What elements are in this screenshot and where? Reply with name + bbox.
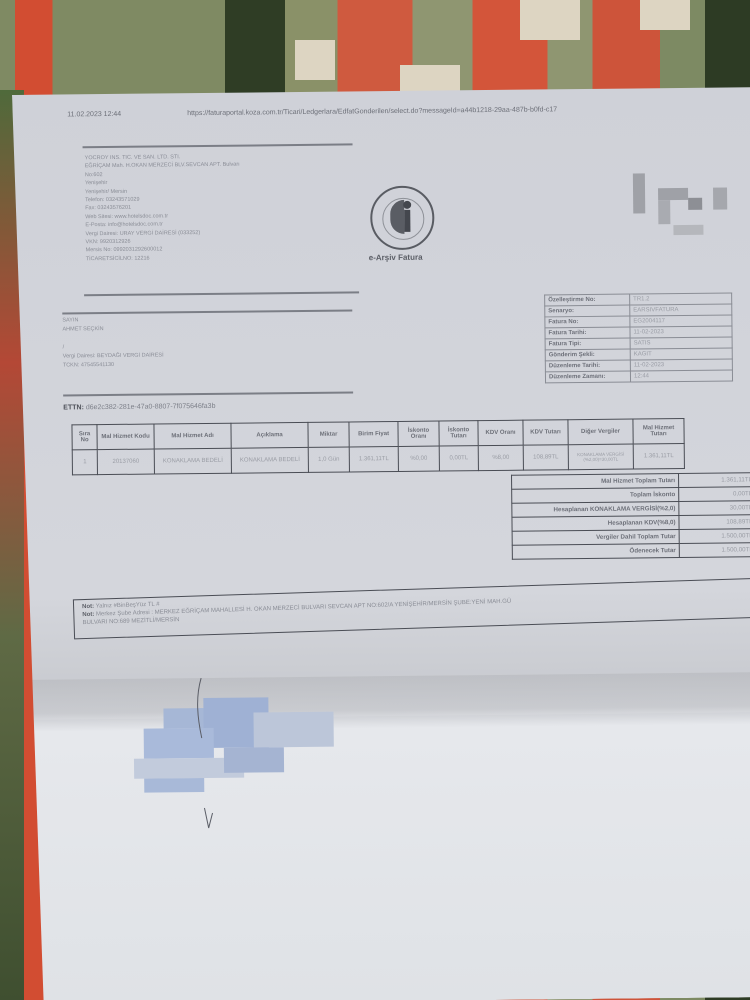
info-key: Özelleştirme No: bbox=[545, 294, 630, 306]
note-label: Not: bbox=[82, 612, 94, 618]
divider bbox=[83, 143, 353, 148]
buyer-info: SAYIN AHMET SEÇKİN / Vergi Dairesi: BEYD… bbox=[62, 315, 163, 370]
column-header: Birim Fiyat bbox=[349, 421, 398, 447]
table-cell: 1.361,11TL bbox=[349, 446, 398, 472]
info-key: Senaryo: bbox=[545, 305, 630, 317]
totals-table: Mal Hizmet Toplam Tutarı1.361,11TLToplam… bbox=[511, 472, 750, 560]
totals-value: 0,00TL bbox=[679, 487, 750, 502]
table-cell: 20137060 bbox=[97, 449, 154, 475]
column-header: İskonto Tutarı bbox=[439, 421, 478, 446]
column-header: Mal Hizmet Adı bbox=[154, 423, 231, 449]
divider bbox=[84, 291, 359, 296]
table-cell: 1 bbox=[72, 450, 97, 475]
info-value: 12:44 bbox=[630, 370, 732, 382]
print-url: https://faturaportal.koza.com.tr/Ticari/… bbox=[187, 106, 557, 117]
column-header: Miktar bbox=[308, 422, 349, 447]
buyer-tckn: TCKN: 47545541130 bbox=[63, 360, 164, 370]
divider bbox=[63, 391, 353, 396]
table-cell: %0,00 bbox=[398, 446, 439, 471]
invoice-paper: 11.02.2023 12:44 https://faturaportal.ko… bbox=[12, 87, 750, 1000]
column-header: Sıra No bbox=[72, 425, 97, 450]
column-header: İskonto Oranı bbox=[398, 421, 439, 446]
totals-row: Ödenecek Tutar1.500,00TL bbox=[512, 543, 750, 560]
ettn-value: d6e2c382-281e-47a0-8807-7f075646fa3b bbox=[86, 403, 216, 411]
totals-value: 108,89TL bbox=[679, 515, 750, 530]
qr-code-redacted bbox=[623, 162, 734, 233]
totals-value: 30,00TL bbox=[679, 501, 750, 516]
seller-line: TİCARETSİCİLNO: 12216 bbox=[86, 253, 241, 263]
table-cell: KONAKLAMA BEDELİ bbox=[154, 448, 231, 474]
info-key: Düzenleme Zamanı: bbox=[545, 371, 630, 383]
ettn: ETTN: d6e2c382-281e-47a0-8807-7f075646fa… bbox=[63, 403, 215, 412]
note-label: Not: bbox=[82, 604, 94, 610]
gib-logo-icon bbox=[370, 186, 435, 251]
info-key: Fatura No: bbox=[545, 316, 630, 328]
notes-box: Not: Yalnız #BinBeşYüz TL # Not: Merkez … bbox=[73, 577, 750, 639]
info-row: Düzenleme Zamanı:12:44 bbox=[545, 370, 732, 383]
totals-value: 1.500,00TL bbox=[679, 529, 750, 544]
table-cell: %8,00 bbox=[478, 445, 523, 470]
signature-line bbox=[193, 678, 215, 838]
table-cell: 0,00TL bbox=[439, 446, 478, 471]
table-cell: 1.361,11TL bbox=[633, 443, 684, 469]
table-row: 120137060KONAKLAMA BEDELİKONAKLAMA BEDEL… bbox=[72, 443, 684, 474]
totals-key: Ödenecek Tutar bbox=[512, 544, 679, 560]
column-header: KDV Oranı bbox=[478, 420, 523, 445]
info-key: Gönderim Şekli: bbox=[545, 349, 630, 361]
table-cell: 108,89TL bbox=[523, 445, 568, 470]
info-key: Fatura Tarihi: bbox=[545, 327, 630, 339]
column-header: KDV Tutarı bbox=[523, 420, 568, 445]
items-table: Sıra NoMal Hizmet KoduMal Hizmet AdıAçık… bbox=[71, 418, 685, 475]
divider bbox=[62, 309, 352, 314]
table-cell: KONAKLAMA VERGİSİ (%2,00)=30,00TL bbox=[568, 444, 633, 470]
table-cell: KONAKLAMA BEDELİ bbox=[231, 447, 308, 473]
info-key: Düzenleme Tarihi: bbox=[545, 360, 630, 372]
table-cell: 1,0 Gün bbox=[308, 447, 349, 472]
totals-value: 1.500,00TL bbox=[679, 543, 750, 558]
totals-value: 1.361,11TL bbox=[679, 473, 750, 488]
column-header: Mal Hizmet Tutarı bbox=[633, 418, 684, 444]
ettn-label: ETTN: bbox=[63, 404, 84, 411]
seller-line: EĞRİÇAM Mah. H.OKAN MERZECİ BLV.SEVCAN A… bbox=[85, 161, 240, 171]
column-header: Diğer Vergiler bbox=[568, 419, 633, 445]
document-title: e-Arşiv Fatura bbox=[369, 253, 423, 263]
print-datetime: 11.02.2023 12:44 bbox=[67, 111, 121, 119]
seller-info: YOCROY INS. TIC. VE SAN. LTD. STI. EĞRİÇ… bbox=[85, 153, 241, 264]
info-key: Fatura Tipi: bbox=[545, 338, 630, 350]
signature-stamp-redacted bbox=[123, 687, 339, 819]
invoice-info-table: Özelleştirme No:TR1.2Senaryo:EARSIVFATUR… bbox=[544, 292, 733, 383]
column-header: Açıklama bbox=[231, 422, 308, 448]
column-header: Mal Hizmet Kodu bbox=[97, 424, 154, 450]
